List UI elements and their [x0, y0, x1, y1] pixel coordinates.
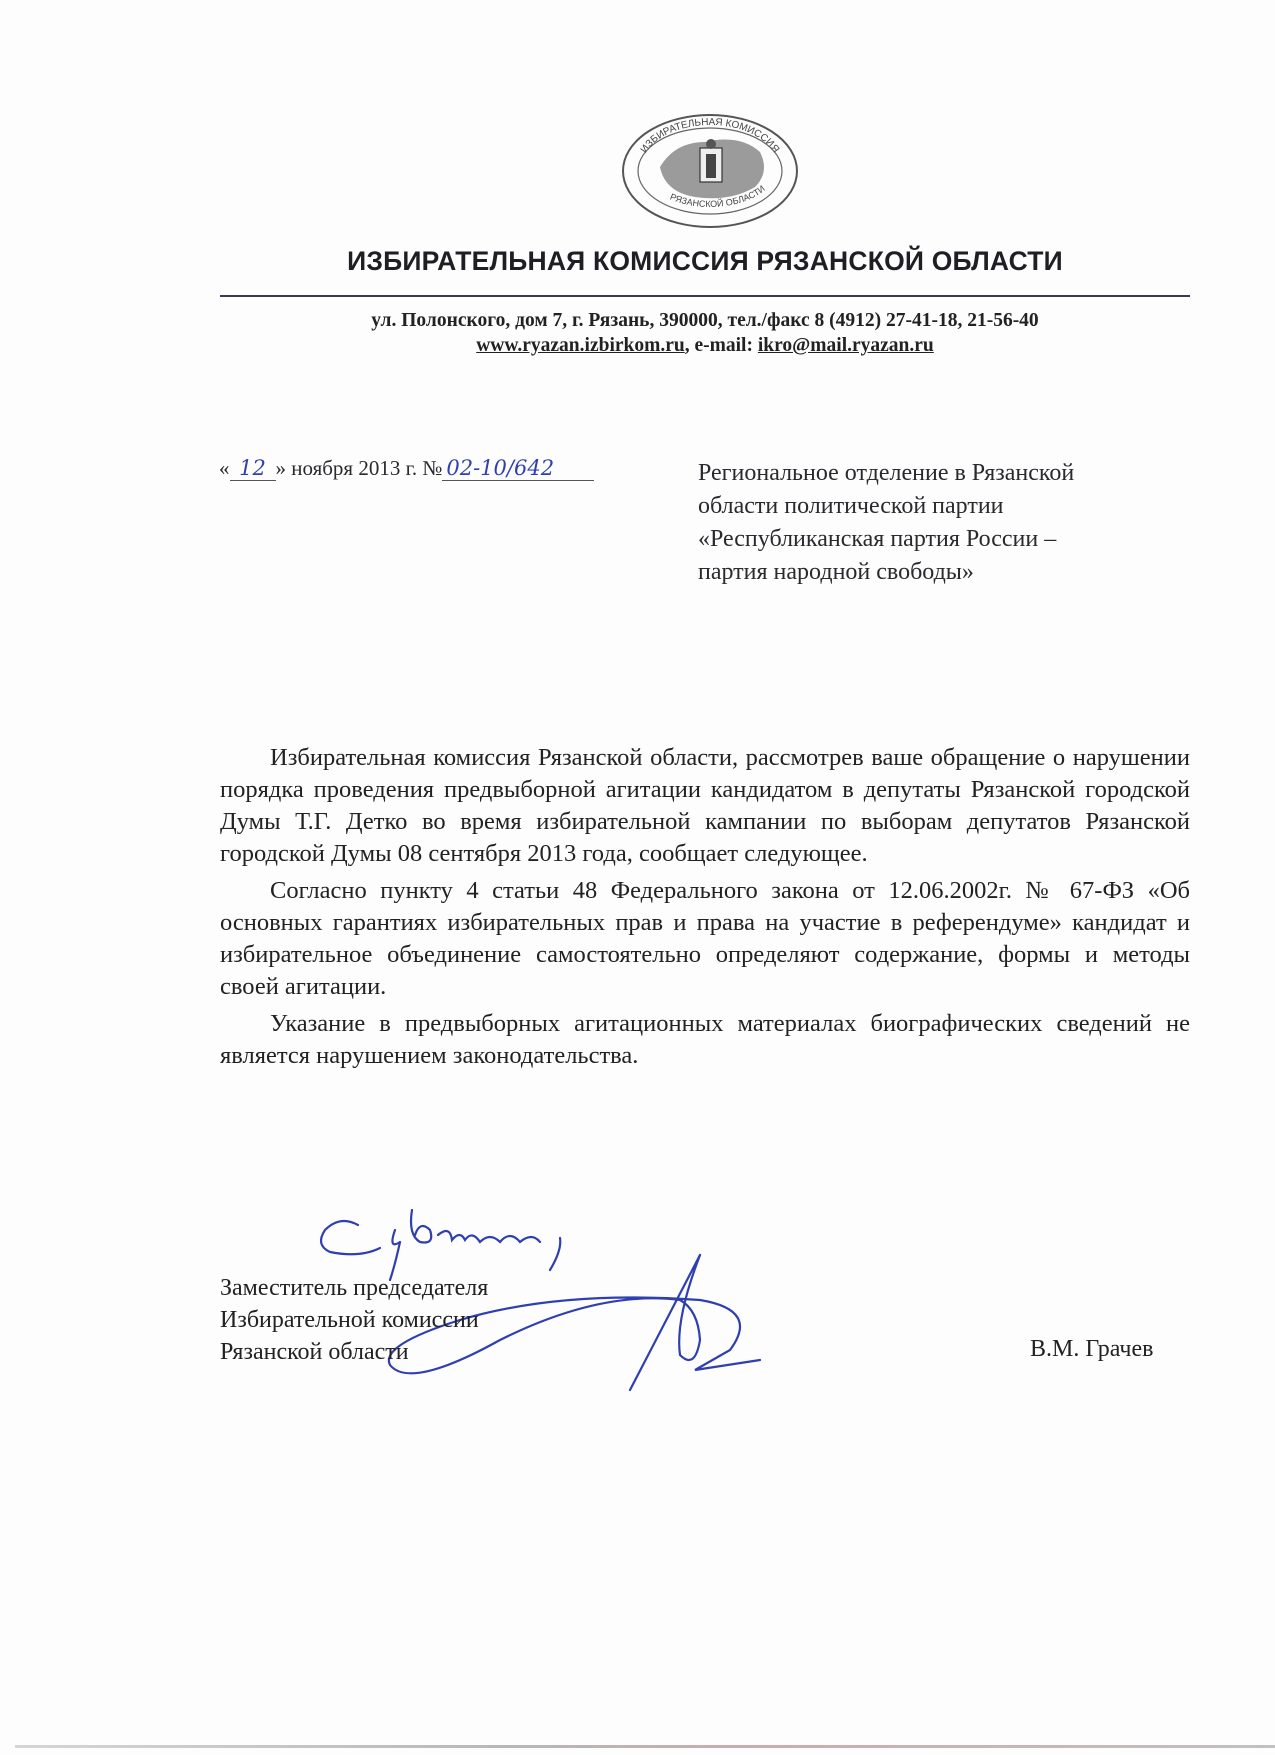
addressee-line: области политической партии	[698, 490, 1178, 523]
body-paragraph: Согласно пункту 4 статьи 48 Федерального…	[220, 875, 1190, 1003]
body-paragraph: Избирательная комиссия Рязанской области…	[220, 742, 1190, 870]
position-line: Рязанской области	[220, 1336, 488, 1368]
web-contacts: www.ryazan.izbirkom.ru, e-mail: ikro@mai…	[220, 333, 1190, 358]
date-day: 12	[230, 456, 276, 481]
postal-address: ул. Полонского, дом 7, г. Рязань, 390000…	[220, 308, 1190, 333]
signatory-name: В.М. Грачев	[1030, 1336, 1153, 1363]
open-quote: «	[219, 456, 230, 480]
email-link[interactable]: ikro@mail.ryazan.ru	[758, 335, 934, 356]
addressee-block: Региональное отделение в Рязанской облас…	[698, 457, 1178, 589]
header-rule	[220, 295, 1190, 297]
document-number: 02-10/642	[442, 456, 594, 481]
position-line: Избирательной комиссии	[220, 1304, 488, 1336]
month-year-label: » ноября 2013 г. №	[276, 456, 443, 480]
addressee-line: «Республиканская партия России –	[698, 523, 1178, 556]
outgoing-reference: «12» ноября 2013 г. №02-10/642	[219, 456, 594, 481]
email-label: , e-mail:	[685, 335, 758, 356]
signatory-position: Заместитель председателя Избирательной к…	[220, 1272, 488, 1368]
addressee-line: партия народной свободы»	[698, 556, 1178, 589]
page-edge	[15, 1745, 1275, 1748]
addressee-line: Региональное отделение в Рязанской	[698, 457, 1178, 490]
letterhead-contacts: ул. Полонского, дом 7, г. Рязань, 390000…	[220, 308, 1190, 358]
website-link[interactable]: www.ryazan.izbirkom.ru	[476, 335, 685, 356]
position-line: Заместитель председателя	[220, 1272, 488, 1304]
letter-body: Избирательная комиссия Рязанской области…	[220, 742, 1190, 1072]
organization-title: ИЗБИРАТЕЛЬНАЯ КОМИССИЯ РЯЗАНСКОЙ ОБЛАСТИ	[220, 246, 1190, 277]
body-paragraph: Указание в предвыборных агитационных мат…	[220, 1008, 1190, 1072]
commission-emblem-icon: ИЗБИРАТЕЛЬНАЯ КОМИССИЯ РЯЗАНСКОЙ ОБЛАСТИ	[620, 112, 800, 230]
